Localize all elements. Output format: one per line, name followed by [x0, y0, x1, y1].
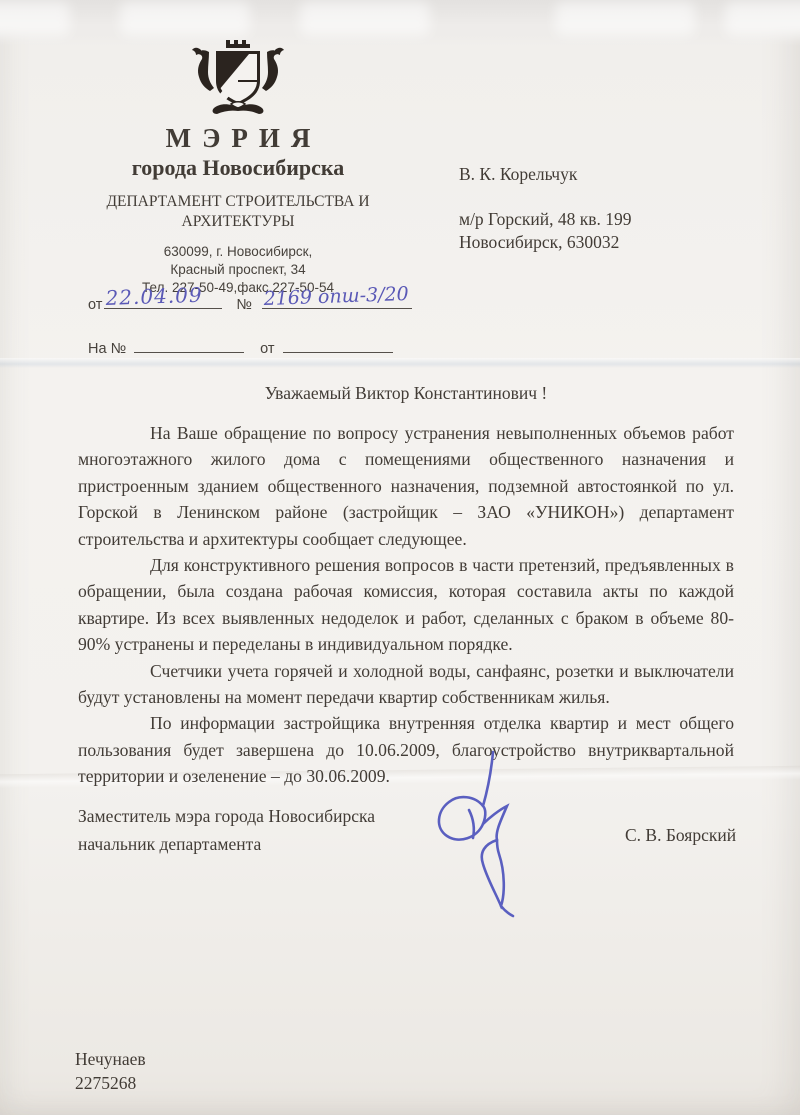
reply-from-label: от: [260, 341, 274, 357]
novosibirsk-coat-of-arms-icon: [179, 38, 297, 118]
executor-phone: 2275268: [75, 1072, 146, 1096]
signer-title: Заместитель мэра города Новосибирска нач…: [78, 802, 375, 858]
letterhead: МЭРИЯ города Новосибирска ДЕПАРТАМЕНТ СТ…: [62, 38, 414, 297]
department-name: ДЕПАРТАМЕНТ СТРОИТЕЛЬСТВА И АРХИТЕКТУРЫ: [62, 192, 414, 232]
reply-number-blank: [134, 352, 244, 353]
recipient-name: В. К. Корельчук: [459, 163, 632, 186]
org-name: МЭРИЯ: [62, 124, 414, 152]
outgoing-reference-line: от22.04.09№2169 опш-3/20: [88, 297, 412, 313]
reply-date-blank: [283, 352, 393, 353]
body-paragraph: На Ваше обращение по вопросу устранения …: [78, 420, 734, 552]
incoming-reference-line: На №от: [88, 341, 393, 357]
number-blank: 2169 опш-3/20: [262, 308, 412, 309]
recipient-address-line: Новосибирск, 630032: [459, 231, 632, 254]
handwritten-date: 22.04.09: [106, 283, 204, 310]
scanned-letter-page: МЭРИЯ города Новосибирска ДЕПАРТАМЕНТ СТ…: [0, 0, 800, 1115]
date-blank: 22.04.09: [104, 308, 222, 309]
number-label: №: [236, 297, 252, 313]
reply-to-label: На №: [88, 341, 126, 357]
signer-name: С. В. Боярский: [625, 825, 736, 846]
executor-block: Нечунаев 2275268: [75, 1048, 146, 1095]
letter-body: На Ваше обращение по вопросу устранения …: [78, 420, 734, 790]
paper-crease: [0, 358, 800, 368]
recipient-block: В. К. Корельчук м/р Горский, 48 кв. 199 …: [459, 163, 632, 254]
handwritten-signature: [425, 748, 535, 920]
body-paragraph: Для конструктивного решения вопросов в ч…: [78, 552, 734, 658]
recipient-address-line: м/р Горский, 48 кв. 199: [459, 208, 632, 231]
body-paragraph: Счетчики учета горячей и холодной воды, …: [78, 658, 734, 711]
from-label: от: [88, 297, 102, 313]
org-city: города Новосибирска: [62, 155, 414, 181]
salutation: Уважаемый Виктор Константинович !: [78, 383, 734, 404]
executor-name: Нечунаев: [75, 1048, 146, 1072]
handwritten-number: 2169 опш-3/20: [263, 283, 409, 310]
body-paragraph: По информации застройщика внутренняя отд…: [78, 710, 734, 789]
